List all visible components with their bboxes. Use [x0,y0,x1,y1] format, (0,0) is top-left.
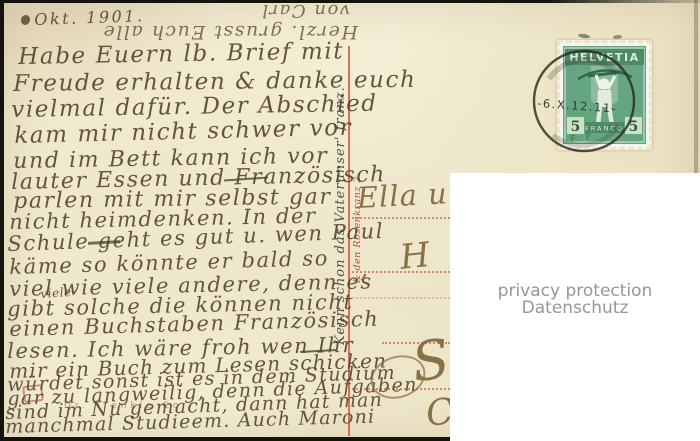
greeting-line-2: von Carl [118,0,350,21]
ink-speck [578,33,590,39]
postmark-date: -6.X.12.11- [537,96,618,116]
address-comma: , [360,254,369,284]
privacy-overlay: privacy protection Datenschutz [450,173,700,441]
inserted-word: viele [40,285,72,301]
address-letter: H [398,235,433,278]
address-line-rule [352,297,450,299]
privacy-text-line-2: Datenschutz [450,300,700,317]
scan-border-bottom [0,437,452,441]
scan-border-left [0,0,4,441]
message-line: Habe Euern lb. Brief mit [18,38,344,70]
postmark: -6.X.12.11- F. F. [525,41,645,161]
scan-border-top [0,0,700,3]
rotated-greeting: Herzl. grusst Euch alle von Carl [118,0,358,43]
ink-blob [20,14,32,26]
ink-speck [613,35,622,40]
vertical-note-dark: Kenn schon das Vaterunser' franz. [333,95,348,345]
card-right-edge [694,0,698,175]
postcard-scan: Okt. 1901. Herzl. grusst Euch alle von C… [0,0,700,441]
